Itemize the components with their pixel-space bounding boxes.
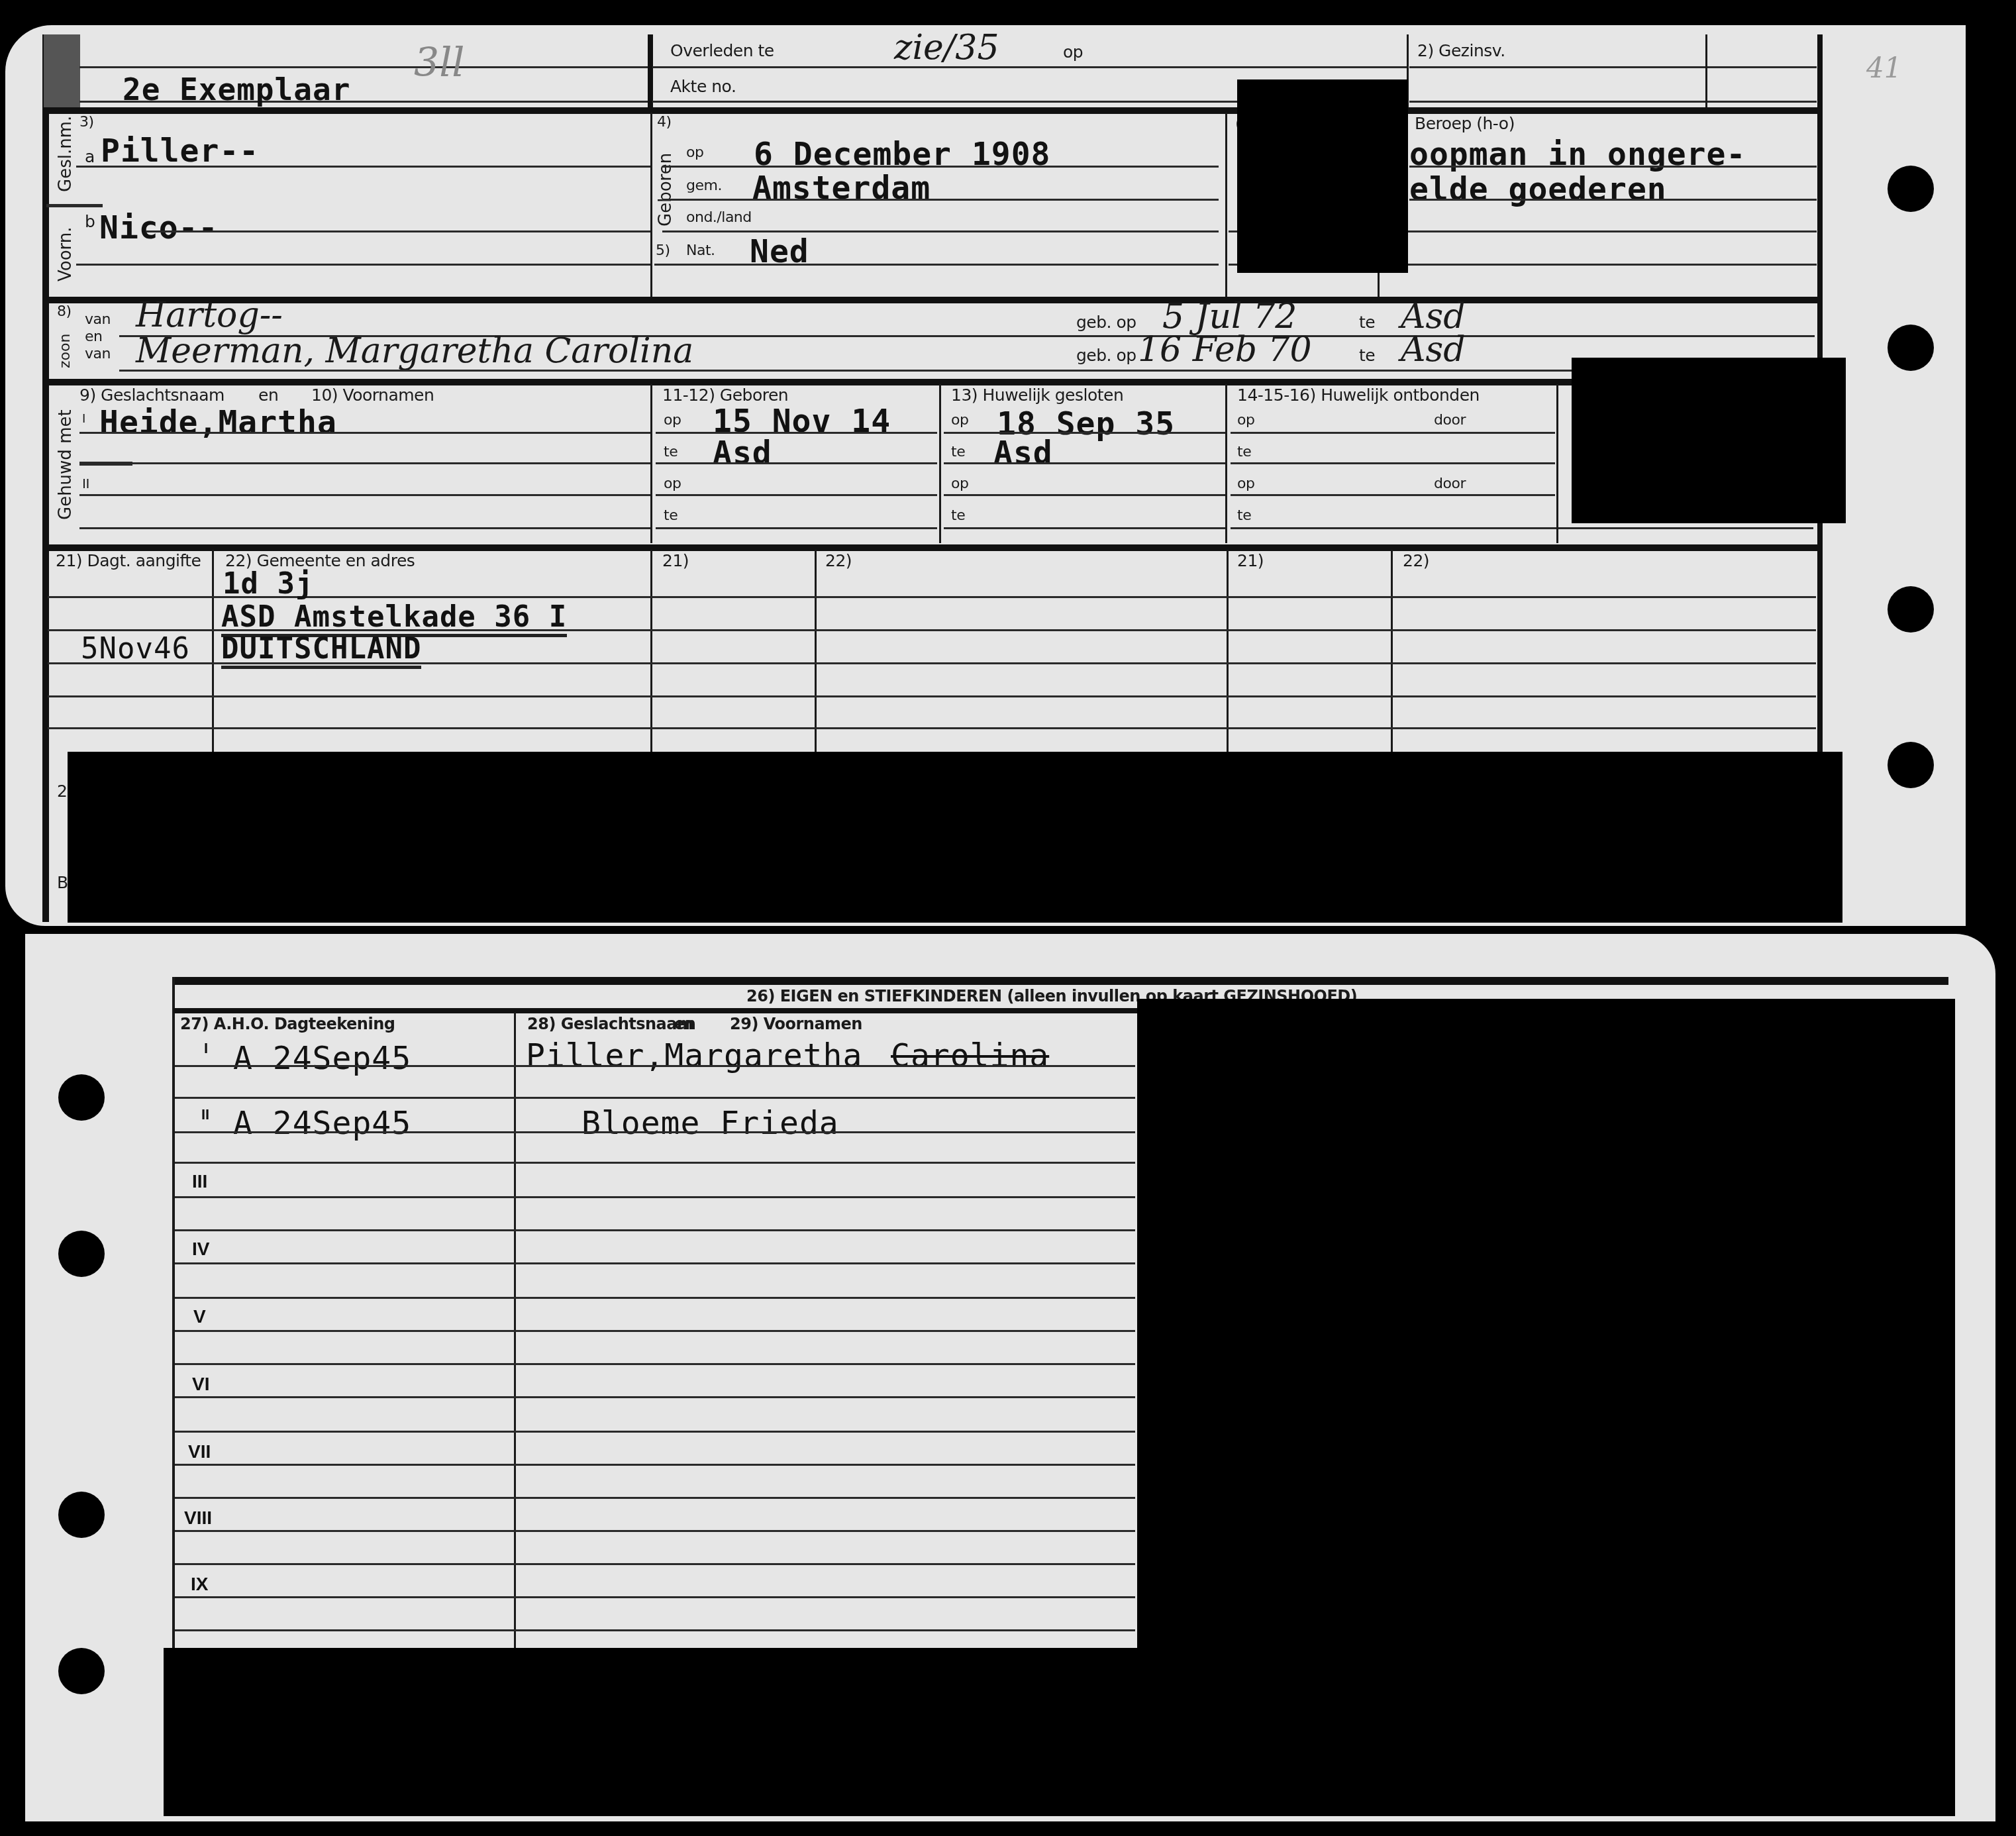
address-col-4-header: 22) <box>825 551 852 570</box>
mother-birth-date: 16 Feb 70 <box>1138 330 1312 370</box>
spouse-1-line-2 <box>79 462 652 464</box>
marriage-col-divider-2 <box>939 384 941 543</box>
van-2-label: van <box>85 346 111 362</box>
surname-value: Piller-- <box>101 132 259 170</box>
punch-hole-5 <box>58 1074 105 1121</box>
copy-label: 2e Exemplaar <box>123 72 350 107</box>
spouse-1-name: Heide,Martha <box>99 404 337 441</box>
child-9-numeral: IX <box>191 1574 208 1595</box>
birth-gem-line <box>662 199 1219 201</box>
ond-land-label: ond./land <box>686 209 752 226</box>
child-8-line-2 <box>175 1563 1135 1565</box>
spouse-1-line-1 <box>79 432 652 434</box>
address-divider-1 <box>212 550 214 755</box>
punch-hole-6 <box>58 1231 105 1277</box>
marriage-firstname-header: 10) Voornamen <box>311 385 434 405</box>
child-2-aho: A 24Sep45 <box>233 1105 411 1142</box>
child-7-line-2 <box>175 1497 1135 1499</box>
dissolved-1-door-label: door <box>1434 412 1466 429</box>
child-8-numeral: VIII <box>184 1507 212 1529</box>
children-header-divider <box>174 1008 1140 1013</box>
occupation-line-2-rule <box>1409 199 1817 201</box>
spouse-2-birth-op-label: op <box>664 476 681 492</box>
overleden-te-value: zie/35 <box>894 28 999 68</box>
names-split-line <box>46 204 103 207</box>
birth-land-line <box>662 230 1219 232</box>
child-5-line-2 <box>175 1363 1135 1365</box>
child-2-name: Bloeme Frieda <box>581 1105 839 1142</box>
occupation-label: Beroep (h-o) <box>1415 114 1515 133</box>
child-4-line-2 <box>175 1297 1135 1299</box>
spouse-1-birth-line-1 <box>656 432 937 434</box>
marriage-row-2-numeral: II <box>82 476 89 491</box>
mother-te-label: te <box>1359 346 1375 365</box>
punch-hole-3 <box>1888 586 1934 633</box>
dissolved-1-line-1 <box>1231 432 1555 434</box>
birth-op-label: op <box>686 144 703 161</box>
child-9-line-2 <box>175 1629 1135 1631</box>
child-9-line-1 <box>175 1596 1135 1598</box>
children-col-1-header: 27) A.H.O. Dagteekening <box>180 1015 395 1033</box>
redaction-block-children-right <box>1137 999 1955 1648</box>
section-divider-2 <box>46 297 1818 303</box>
marriage-1-line-2 <box>944 462 1225 464</box>
child-3-line-1 <box>175 1196 1135 1198</box>
address-divider-5 <box>1391 550 1393 755</box>
children-top-border <box>174 977 1948 985</box>
child-1-numeral: I <box>204 1040 208 1057</box>
address-row-line-4 <box>48 695 1816 697</box>
marriage-1-te-label: te <box>951 444 965 460</box>
child-2-line-1 <box>175 1131 1135 1133</box>
zoon-label: zoon <box>57 334 74 368</box>
surname-line <box>76 166 652 168</box>
child-7-numeral: VII <box>188 1441 211 1462</box>
field-5-number: 5) <box>656 242 670 259</box>
overleden-te-label: Overleden te <box>670 41 774 60</box>
geboren-label: Geboren <box>656 153 676 227</box>
child-3-line-2 <box>175 1229 1135 1231</box>
father-te-label: te <box>1359 313 1375 332</box>
child-1-struck-name: Carolina <box>891 1037 1049 1074</box>
dissolved-1-op-label: op <box>1237 412 1254 429</box>
punch-hole-1 <box>1888 166 1934 212</box>
mother-name: Meerman, Margaretha Carolina <box>136 331 693 371</box>
occupation-line-2: elde goederen <box>1409 171 1667 208</box>
given-name-line-2 <box>76 264 652 266</box>
spouse-2-birth-line-2 <box>656 527 937 529</box>
marriage-col-divider-1 <box>650 384 652 543</box>
pencil-mark: 3ll <box>414 40 465 86</box>
birth-municipality-value: Amsterdam <box>752 170 931 207</box>
partial-label-b: B <box>57 873 68 892</box>
marriage-en-label: en <box>258 385 278 405</box>
spouse-2-birth-line-1 <box>656 494 937 496</box>
child-7-line-1 <box>175 1464 1135 1466</box>
child-4-numeral: IV <box>192 1239 209 1260</box>
en-label: en <box>85 329 102 345</box>
marriage-2-line-1 <box>944 494 1225 496</box>
margin-mark: 41 <box>1866 52 1901 84</box>
gem-label: gem. <box>686 178 722 194</box>
redaction-block-lower <box>68 752 1842 923</box>
redaction-block-children-bottom <box>164 1648 1955 1816</box>
gehuwd-met-label: Gehuwd met <box>56 409 76 520</box>
birth-nat-line <box>654 264 1219 266</box>
child-6-line-1 <box>175 1396 1135 1398</box>
given-name-value: Nico-- <box>99 209 218 246</box>
children-col-3-header: 29) Voornamen <box>730 1015 862 1033</box>
section-divider-3 <box>46 379 1818 385</box>
married-header: 13) Huwelijk gesloten <box>951 385 1123 405</box>
child-1-aho: A 24Sep45 <box>233 1040 411 1077</box>
father-geb-op-label: geb. op <box>1076 313 1136 332</box>
gesl-nm-label: Gesl.nm. <box>56 116 76 192</box>
mother-geb-op-label: geb. op <box>1076 346 1136 365</box>
child-1-line-2 <box>175 1097 1135 1099</box>
marriage-1-place: Asd <box>993 434 1053 472</box>
field-8-number: 8) <box>57 303 72 320</box>
dissolved-1-line-2 <box>1231 462 1555 464</box>
redaction-block-occupation <box>1237 79 1408 273</box>
punch-hole-2 <box>1888 325 1934 371</box>
children-col-2-header: 28) Geslachtsnaam <box>527 1015 693 1033</box>
header-line-3 <box>652 66 1407 68</box>
punch-hole-7 <box>58 1492 105 1538</box>
address-entry-1-date: 5Nov46 <box>81 632 190 666</box>
overleden-op-label: op <box>1063 42 1083 62</box>
section-divider-1 <box>46 107 1818 114</box>
child-6-line-2 <box>175 1431 1135 1433</box>
section-divider-4 <box>46 544 1818 551</box>
names-birth-divider <box>650 113 652 297</box>
address-divider-4 <box>1227 550 1229 755</box>
dissolved-2-line-1 <box>1231 494 1555 496</box>
occupation-line-1-rule <box>1409 166 1817 168</box>
address-entry-1-line-1: 1d 3j <box>223 567 313 601</box>
marriage-2-op-label: op <box>951 476 968 492</box>
marriage-name-header: 9) Geslachtsnaam <box>79 385 225 405</box>
mother-line <box>119 370 1815 372</box>
mother-birth-place: Asd <box>1401 330 1466 370</box>
header-divider-1 <box>648 34 653 111</box>
voorn-label: Voorn. <box>56 227 76 281</box>
a-label: a <box>85 147 95 166</box>
gezinsv-label: 2) Gezinsv. <box>1417 41 1505 60</box>
spouse-2-line-1 <box>79 494 652 496</box>
address-col-6-header: 22) <box>1403 551 1429 570</box>
header-divider-3 <box>1705 34 1707 111</box>
address-row-line-5 <box>48 727 1816 729</box>
spouse-1-short-bar <box>79 462 132 466</box>
marriage-2-te-label: te <box>951 507 965 524</box>
van-1-label: van <box>85 311 111 328</box>
dissolved-2-te-label: te <box>1237 507 1251 524</box>
child-3-numeral: III <box>192 1171 207 1192</box>
child-8-line-1 <box>175 1530 1135 1532</box>
left-border <box>42 34 49 922</box>
b-label: b <box>85 212 95 231</box>
header-line-6 <box>1409 101 1817 103</box>
dissolved-1-te-label: te <box>1237 444 1251 460</box>
spouse-1-birth-op-label: op <box>664 412 681 429</box>
punch-hole-4 <box>1888 742 1934 788</box>
header-line-1 <box>79 66 649 68</box>
birth-occupation-divider <box>1225 113 1227 297</box>
address-col-3-header: 21) <box>662 551 689 570</box>
field-4-number: 4) <box>657 114 672 130</box>
child-4-line-1 <box>175 1262 1135 1264</box>
spouse-1-birth-line-2 <box>656 462 937 464</box>
born-header: 11-12) Geboren <box>662 385 788 405</box>
spouse-2-line-2 <box>79 527 652 529</box>
address-divider-3 <box>815 550 817 755</box>
akte-no-label: Akte no. <box>670 77 736 96</box>
child-1-line-1 <box>175 1065 1135 1067</box>
punch-hole-8 <box>58 1648 105 1694</box>
child-5-line-1 <box>175 1330 1135 1332</box>
field-3-number: 3) <box>79 114 94 130</box>
address-col-1-header: 21) Dagt. aangifte <box>56 551 201 570</box>
marriage-1-op-label: op <box>951 412 968 429</box>
dissolved-2-line-2 <box>1231 527 1813 529</box>
left-binding-strip <box>44 34 80 107</box>
marriage-row-1-numeral: I <box>82 412 85 426</box>
birth-date-line <box>662 166 1219 168</box>
father-name: Hartog-- <box>136 295 283 335</box>
address-entry-1-line-3: DUITSCHLAND <box>221 632 421 669</box>
nat-label: Nat. <box>686 242 715 259</box>
dissolved-2-op-label: op <box>1237 476 1254 492</box>
marriage-2-line-2 <box>944 527 1225 529</box>
spouse-1-birth-place: Asd <box>713 434 772 472</box>
child-1-name: Piller,Margaretha <box>526 1037 862 1074</box>
spouse-2-birth-te-label: te <box>664 507 678 524</box>
header-line-5 <box>1409 66 1817 68</box>
partial-label-2: 2 <box>57 782 67 801</box>
child-5-numeral: V <box>193 1306 206 1327</box>
marriage-col-divider-4 <box>1556 384 1558 543</box>
given-name-line <box>146 230 652 232</box>
child-2-line-2 <box>175 1162 1135 1164</box>
redaction-block-marriage <box>1572 358 1846 523</box>
child-2-numeral: II <box>201 1106 209 1123</box>
child-6-numeral: VI <box>192 1374 209 1395</box>
dissolved-2-door-label: door <box>1434 476 1466 492</box>
address-col-5-header: 21) <box>1237 551 1264 570</box>
spouse-1-birth-te-label: te <box>664 444 678 460</box>
marriage-1-line-1 <box>944 432 1225 434</box>
children-col-2-en: en <box>674 1015 695 1033</box>
marriage-col-divider-3 <box>1225 384 1227 543</box>
dissolved-header: 14-15-16) Huwelijk ontbonden <box>1237 385 1480 405</box>
address-divider-2 <box>650 550 652 755</box>
